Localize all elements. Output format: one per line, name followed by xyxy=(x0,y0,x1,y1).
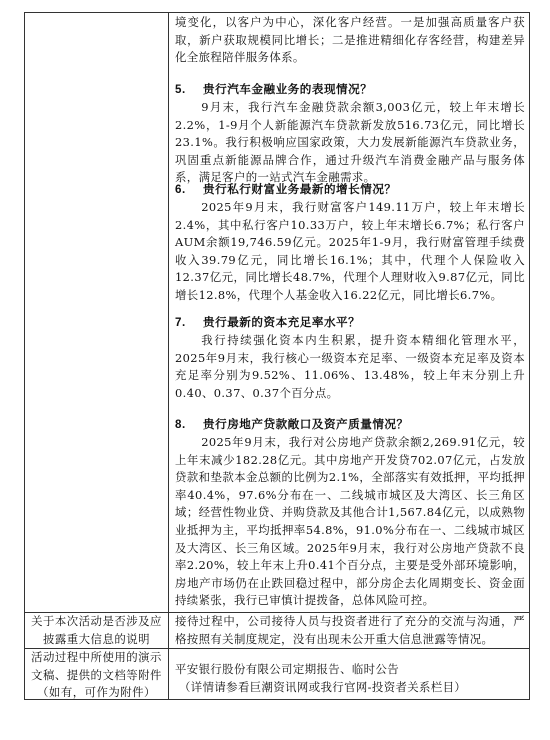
section-6: 6.贵行私行财富业务最新的增长情况？ 2025年9月末，我行财富客户149.11… xyxy=(175,180,525,305)
section-5-answer: 9月末，我行汽车金融贷款余额3,003亿元，较上年末增长2.2%，1-9月个人新… xyxy=(175,99,525,187)
section-8-question: 贵行房地产贷款敞口及资产质量情况？ xyxy=(203,417,409,431)
disclosure-label: 关于本次活动是否涉及应披露重大信息的说明 xyxy=(25,613,168,648)
section-6-question: 贵行私行财富业务最新的增长情况？ xyxy=(203,182,397,196)
attachments-content: 平安银行股份有限公司定期报告、临时公告 （详情请参看巨潮资讯网或我行官网-投资者… xyxy=(175,661,525,696)
section-5: 5.贵行汽车金融业务的表现情况？ 9月末，我行汽车金融贷款余额3,003亿元，较… xyxy=(175,80,525,187)
disclosure-content: 接待过程中，公司接待人员与投资者进行了充分的交流与沟通，严格按照有关制度规定，没… xyxy=(175,613,525,648)
section-8-answer: 2025年9月末，我行对公房地产贷款余额2,269.91亿元，较上年末减少182… xyxy=(175,434,525,610)
section-6-number: 6. xyxy=(175,181,203,199)
section-8: 8.贵行房地产贷款敞口及资产质量情况？ 2025年9月末，我行对公房地产贷款余额… xyxy=(175,415,525,610)
section-5-heading: 5.贵行汽车金融业务的表现情况？ xyxy=(175,80,525,99)
attachments-line-1: 平安银行股份有限公司定期报告、临时公告 xyxy=(175,661,525,679)
intro-paragraph: 境变化，以客户为中心，深化客户经营。一是加强高质量客户获取，新户获取规模同比增长… xyxy=(175,14,525,67)
section-6-answer: 2025年9月末，我行财富客户149.11万户，较上年末增长2.4%，其中私行客… xyxy=(175,199,525,305)
document-table: 境变化，以客户为中心，深化客户经营。一是加强高质量客户获取，新户获取规模同比增长… xyxy=(24,12,530,700)
section-5-number: 5. xyxy=(175,81,203,99)
attachments-label: 活动过程中所使用的演示文稿、提供的文档等附件（如有，可作为附件） xyxy=(25,649,168,702)
section-8-number: 8. xyxy=(175,416,203,434)
section-8-heading: 8.贵行房地产贷款敞口及资产质量情况？ xyxy=(175,415,525,434)
section-7-question: 贵行最新的资本充足率水平？ xyxy=(203,315,360,329)
section-7-heading: 7.贵行最新的资本充足率水平？ xyxy=(175,313,525,332)
section-5-question: 贵行汽车金融业务的表现情况？ xyxy=(203,82,372,96)
section-7-answer: 我行持续强化资本内生积累，提升资本精细化管理水平，2025年9月末，我行核心一级… xyxy=(175,332,525,402)
section-7: 7.贵行最新的资本充足率水平？ 我行持续强化资本内生积累，提升资本精细化管理水平… xyxy=(175,313,525,402)
section-6-heading: 6.贵行私行财富业务最新的增长情况？ xyxy=(175,180,525,199)
column-divider xyxy=(168,13,169,699)
section-7-number: 7. xyxy=(175,314,203,332)
attachments-line-2: （详情请参看巨潮资讯网或我行官网-投资者关系栏目） xyxy=(175,679,525,697)
